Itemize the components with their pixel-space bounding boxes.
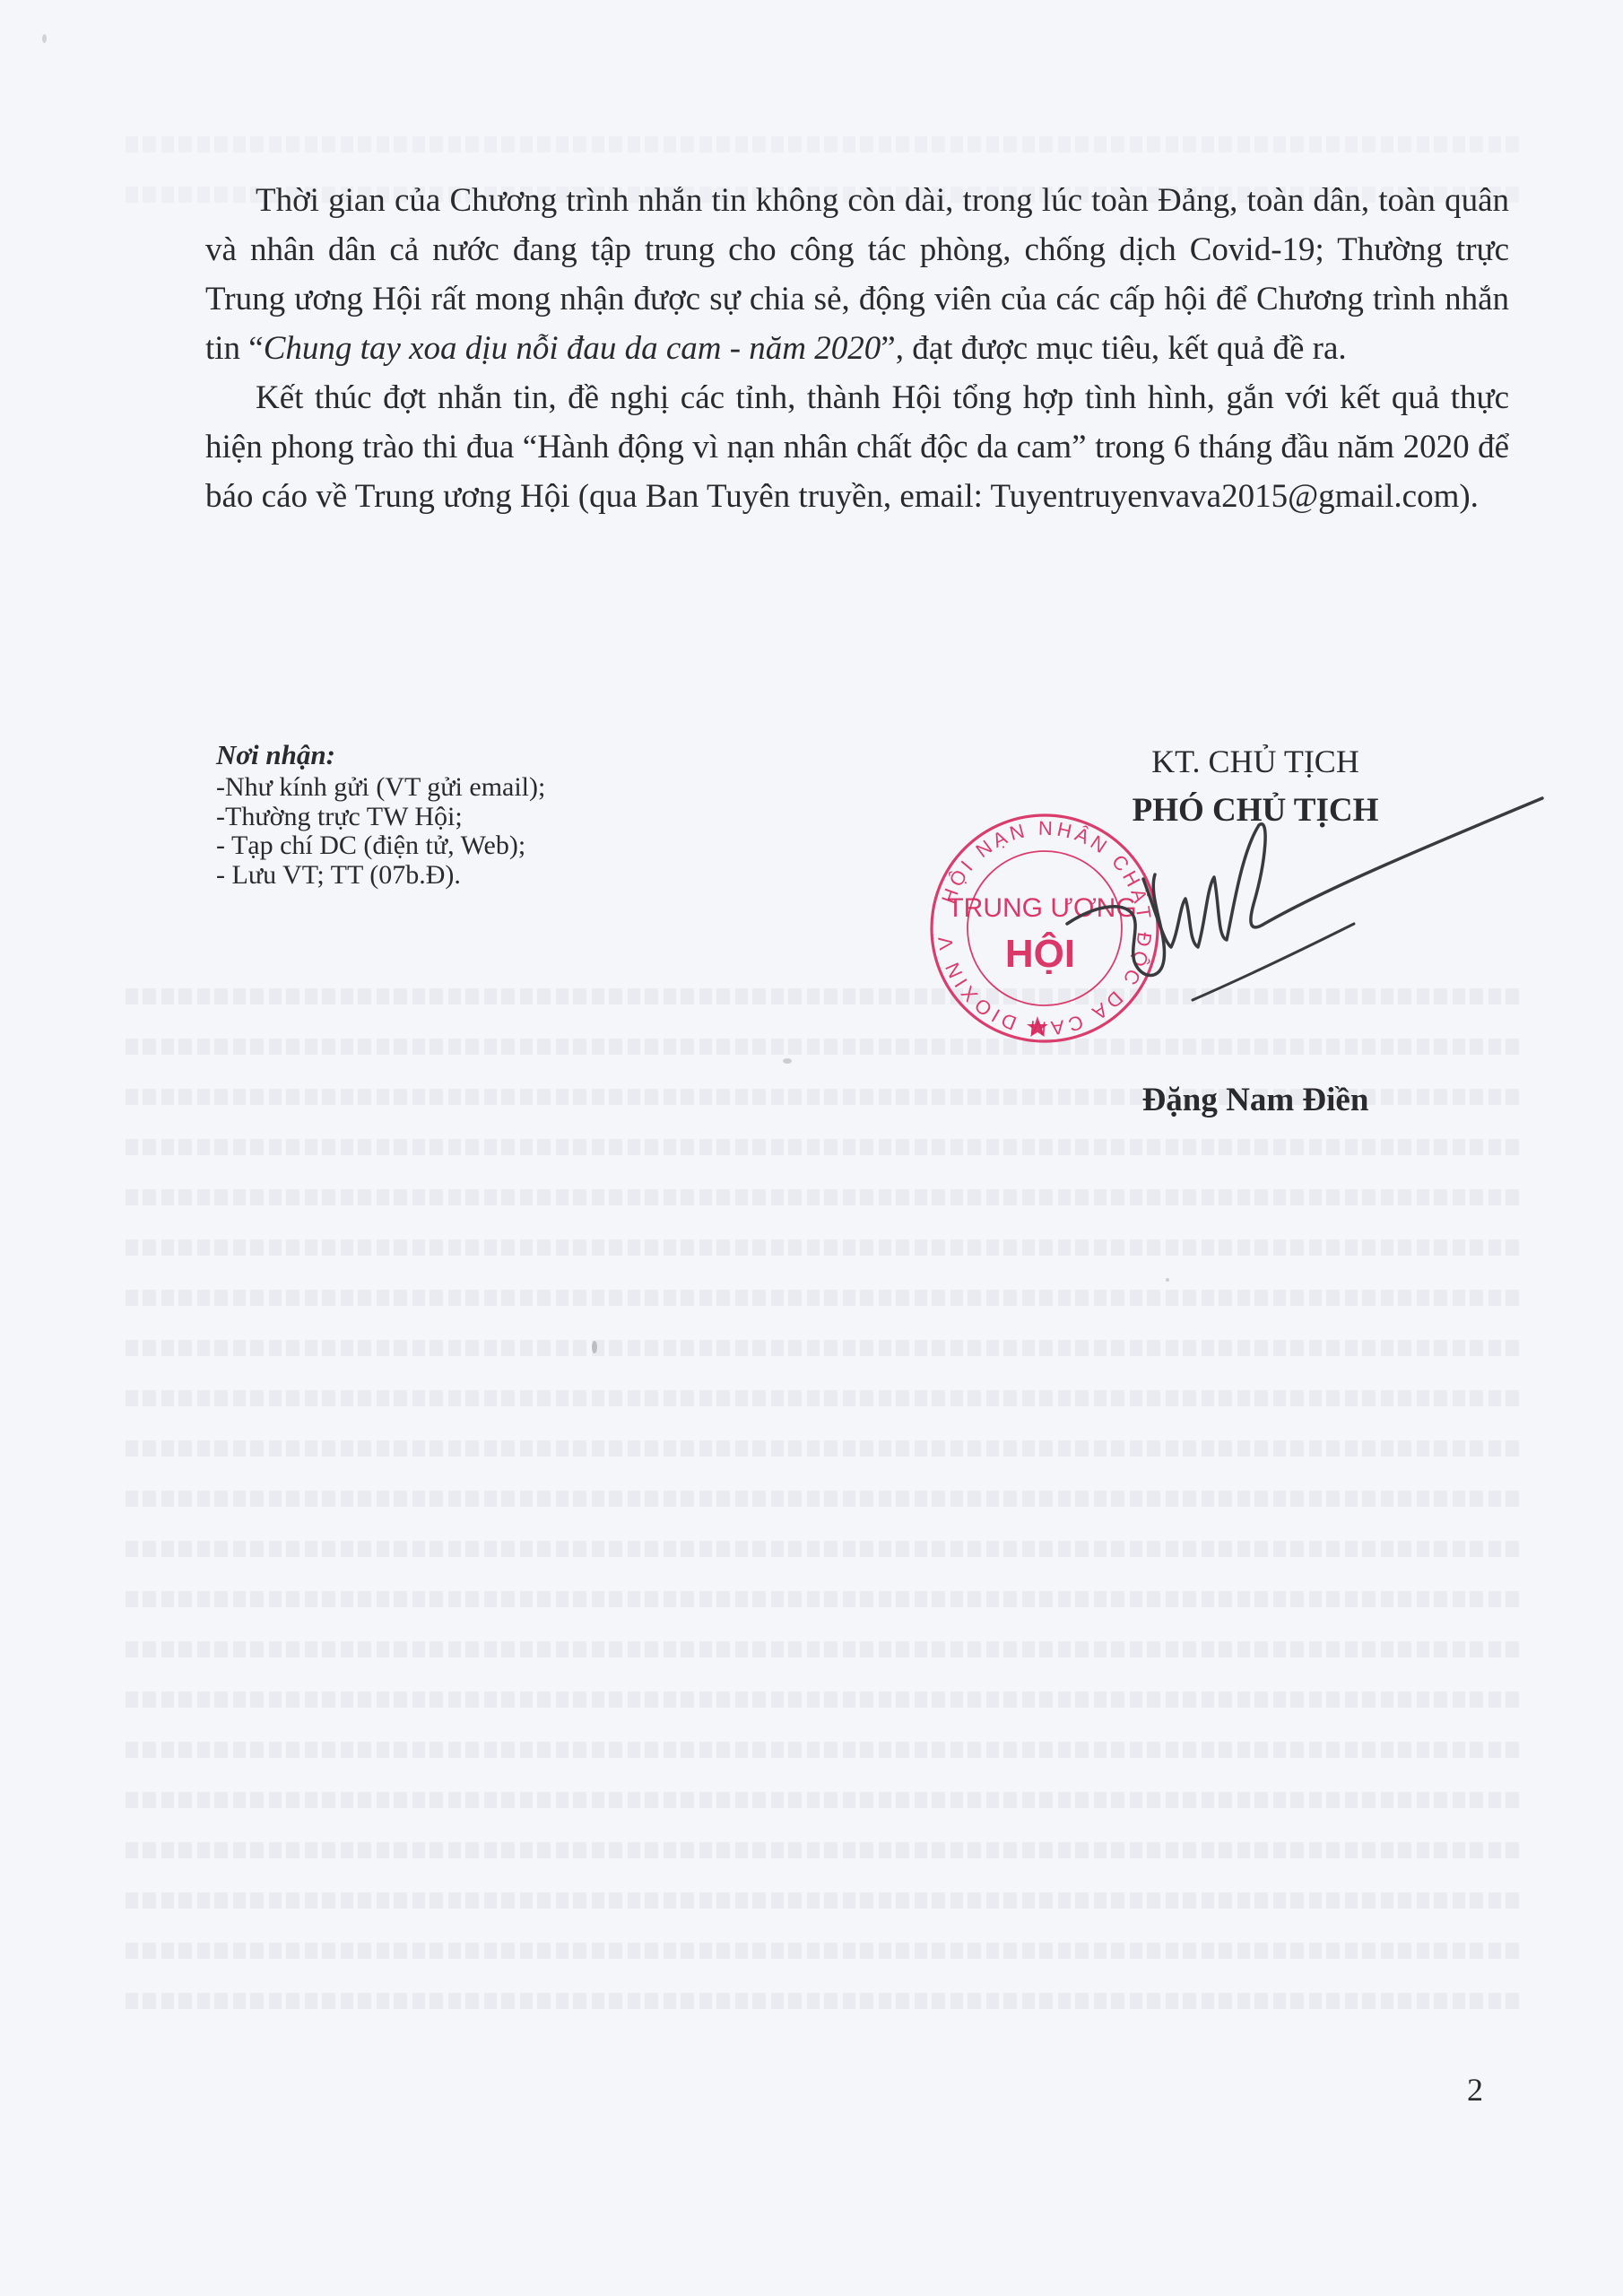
- recipient-item: - Tạp chí DC (điện tử, Web);: [216, 831, 545, 861]
- page-number: 2: [1467, 2072, 1483, 2108]
- scan-speck: [1166, 1278, 1169, 1282]
- campaign-name: Chung tay xoa dịu nỗi đau da cam - năm 2…: [264, 330, 881, 367]
- scan-speck: [783, 1058, 792, 1064]
- paragraph-closing-appeal: Thời gian của Chương trình nhắn tin khôn…: [205, 176, 1509, 373]
- recipients-list: -Như kính gửi (VT gửi email); -Thường tr…: [216, 773, 545, 890]
- recipients-block: Nơi nhận: -Như kính gửi (VT gửi email); …: [216, 738, 545, 890]
- document-page: Thời gian của Chương trình nhắn tin khôn…: [0, 0, 1623, 2296]
- signer-name: Đặng Nam Điền: [1031, 1076, 1480, 1125]
- body-text: Thời gian của Chương trình nhắn tin khôn…: [205, 176, 1509, 521]
- signer-role-acting: KT. CHỦ TỊCH: [1031, 737, 1480, 786]
- handwritten-signature: [1058, 789, 1560, 1004]
- paragraph-report-request: Kết thúc đợt nhắn tin, đề nghị các tỉnh,…: [205, 373, 1509, 521]
- scan-speck: [42, 34, 47, 43]
- recipient-item: -Thường trực TW Hội;: [216, 803, 545, 832]
- recipient-item: - Lưu VT; TT (07b.Đ).: [216, 861, 545, 891]
- recipient-item: -Như kính gửi (VT gửi email);: [216, 773, 545, 803]
- recipients-heading: Nơi nhận:: [216, 738, 545, 772]
- scan-speck: [592, 1341, 597, 1353]
